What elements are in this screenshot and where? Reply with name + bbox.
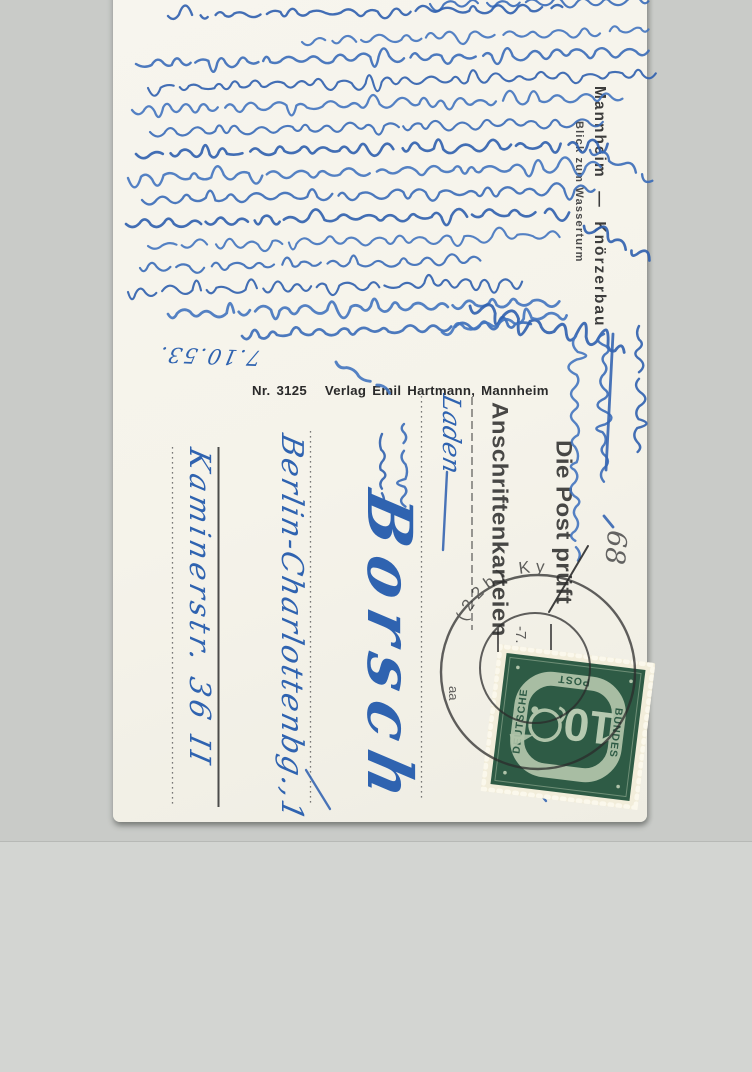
slogan-cancel-line1: Die Post prüft: [552, 440, 574, 604]
address-city: Berlin-Charlottenbg.,1: [276, 431, 306, 825]
caption-title: Mannheim — Knörzerbau: [592, 86, 608, 328]
caption-subtitle: Blick zum Wasserturm: [573, 121, 584, 263]
address-top-word: Laden: [439, 392, 464, 476]
publisher-line: Nr. 3125 Verlag Emil Hartmann, Mannheim: [252, 383, 549, 398]
address-street: Kaminerstr. 36 II: [185, 445, 214, 770]
handwritten-date: 7.10.53.: [155, 342, 263, 369]
postcard-scan: Mannheim — Knörzerbau Blick zum Wassertu…: [0, 0, 752, 1072]
stamp-denomination: 10: [561, 698, 618, 756]
scanner-bed: [0, 841, 752, 1072]
postage-stamp: BUNDES DEUTSCHE POST 10: [481, 644, 656, 810]
slogan-cancel-line2: Anschriftenkarteien: [488, 402, 510, 637]
pencil-mark: 68: [598, 529, 632, 566]
address-name: Borsch: [358, 486, 420, 816]
